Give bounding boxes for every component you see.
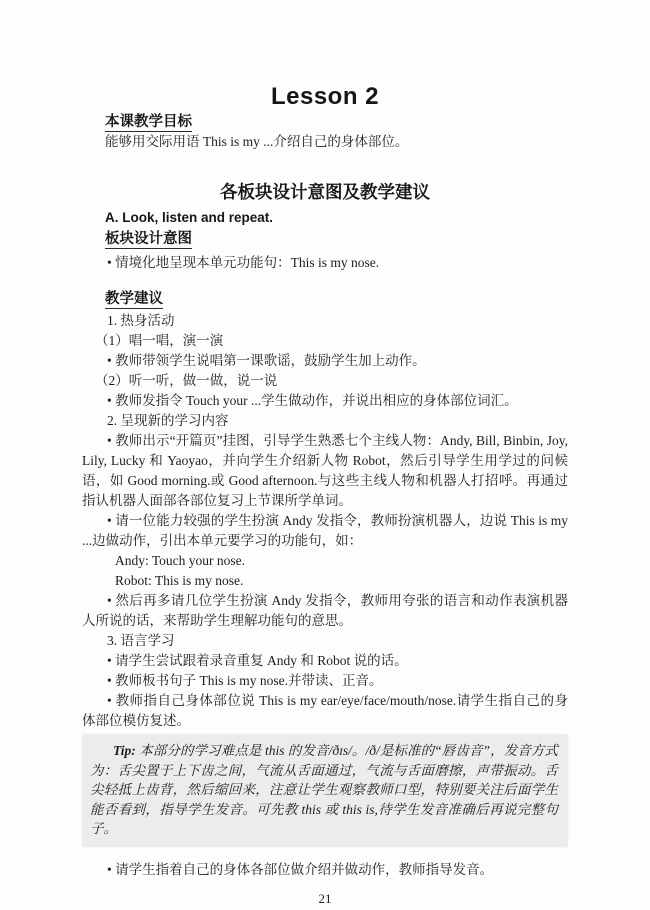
list-item: • 请学生尝试跟着录音重复 Andy 和 Robot 说的话。 — [82, 651, 568, 671]
tip-box: Tip: 本部分的学习难点是 this 的发音/ðɪs/。/ð/是标准的“唇齿音… — [82, 734, 568, 847]
closing-bullet: • 请学生指着自己的身体各部位做介绍并做动作，教师指导发音。 — [82, 860, 568, 880]
list-item: • 然后再多请几位学生扮演 Andy 发指令，教师用夸张的语言和动作表演机器人所… — [82, 591, 568, 631]
page-content: 本课教学目标 能够用交际用语 This is my ...介绍自己的身体部位。 … — [0, 113, 650, 908]
tip-body: 本部分的学习难点是 this 的发音/ðɪs/。/ð/是标准的“唇齿音”，发音方… — [90, 743, 558, 836]
list-item: （1）唱一唱，演一演 — [82, 331, 568, 351]
tip-text: Tip: 本部分的学习难点是 this 的发音/ðɪs/。/ð/是标准的“唇齿音… — [90, 741, 558, 839]
document-page: Lesson 2 本课教学目标 能够用交际用语 This is my ...介绍… — [0, 0, 650, 910]
part-a-heading: A. Look, listen and repeat. — [82, 208, 568, 227]
list-item: • 教师发指令 Touch your ...学生做动作，并说出相应的身体部位词汇… — [82, 391, 568, 411]
list-item: • 教师指自己身体部位说 This is my ear/eye/face/mou… — [82, 691, 568, 731]
design-intent-bullet: • 情境化地呈现本单元功能句：This is my nose. — [82, 253, 568, 273]
lesson-goal-text: 能够用交际用语 This is my ...介绍自己的身体部位。 — [82, 132, 568, 152]
list-item: 3. 语言学习 — [82, 631, 568, 651]
list-item: • 教师板书句子 This is my nose.并带读、正音。 — [82, 671, 568, 691]
dialogue-line: Robot: This is my nose. — [82, 571, 568, 591]
page-title: Lesson 2 — [0, 0, 650, 110]
lesson-goal-heading: 本课教学目标 — [82, 113, 568, 132]
list-item: • 教师出示“开篇页”挂图，引导学生熟悉七个主线人物：Andy, Bill, B… — [82, 431, 568, 511]
dialogue-line: Andy: Touch your nose. — [82, 551, 568, 571]
list-item: （2）听一听，做一做，说一说 — [82, 371, 568, 391]
list-item: 2. 呈现新的学习内容 — [82, 411, 568, 431]
list-item: 1. 热身活动 — [82, 311, 568, 331]
design-intent-heading: 板块设计意图 — [82, 230, 568, 249]
list-item: • 请一位能力较强的学生扮演 Andy 发指令，教师扮演机器人，边说 This … — [82, 511, 568, 551]
section-title: 各板块设计意图及教学建议 — [82, 181, 568, 203]
tip-label: Tip: — [113, 743, 136, 758]
page-number: 21 — [82, 890, 568, 908]
teaching-suggestion-list: 1. 热身活动 （1）唱一唱，演一演 • 教师带领学生说唱第一课歌谣，鼓励学生加… — [82, 311, 568, 731]
teaching-suggestion-heading: 教学建议 — [82, 290, 568, 309]
list-item: • 教师带领学生说唱第一课歌谣，鼓励学生加上动作。 — [82, 351, 568, 371]
